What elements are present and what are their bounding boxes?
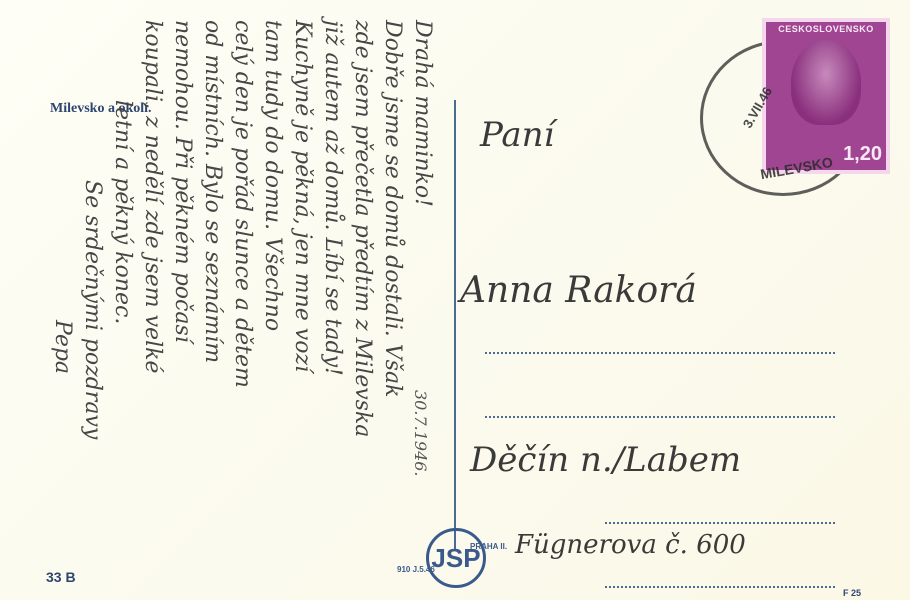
letter-line: od místních. Bylo se seznámím: [200, 20, 225, 363]
letter-line: koupali, z nedělí zde jsem velké: [140, 20, 165, 373]
letter-line: Kuchyně je pěkná, jen mne vozí: [290, 20, 315, 372]
form-code: F 25: [843, 588, 861, 598]
letter-line: celý den je pořád slunce a dětem: [230, 20, 255, 388]
recipient-city: Děčín n./Labem: [470, 440, 741, 480]
address-line-2: [485, 416, 835, 418]
letter-line: Drahá maminko!: [410, 20, 435, 207]
postage-stamp: CESKOSLOVENSKO 1,20: [762, 18, 890, 174]
stamp-value: 1,20: [843, 143, 882, 166]
recipient-salutation: Paní: [480, 115, 554, 155]
letter-line: letní a pěkný konec.: [110, 100, 135, 324]
address-line-4: [605, 586, 835, 588]
letter-line: nemohou. Při pěkném počasí: [170, 20, 195, 343]
postcard: Milevsko a okolí. 33 B F 25 Paní Anna Ra…: [0, 0, 910, 600]
letter-date: 30.7.1946.: [411, 390, 430, 477]
letter-line: Se srdečnými pozdravy: [80, 180, 105, 439]
recipient-street: Fügnerova č. 600: [515, 530, 746, 560]
letter-line: již autem až domů. Líbí se tady!: [320, 20, 345, 376]
handwritten-letter: Drahá maminko! Dobře jsme se domů dostal…: [30, 20, 430, 580]
letter-line: tam tudy do domu. Všechno: [260, 20, 285, 331]
letter-signature: Pepa: [50, 320, 75, 374]
recipient-name: Anna Rakorá: [460, 270, 697, 311]
letter-line: Dobře jsme se domů dostali. Však: [380, 20, 405, 397]
address-line-3: [605, 522, 835, 524]
portrait-stamp-icon: [791, 40, 861, 125]
letter-line: zde jsem přečetla předtím z Milevska: [350, 20, 375, 437]
publisher-logo-icon: JSP: [426, 528, 486, 588]
address-line-1: [485, 352, 835, 354]
publisher-number: 910 J.5.46: [397, 565, 435, 574]
publisher-city: PRAHA II.: [470, 542, 507, 551]
stamp-country: CESKOSLOVENSKO: [766, 24, 886, 34]
center-divider: [454, 100, 456, 550]
